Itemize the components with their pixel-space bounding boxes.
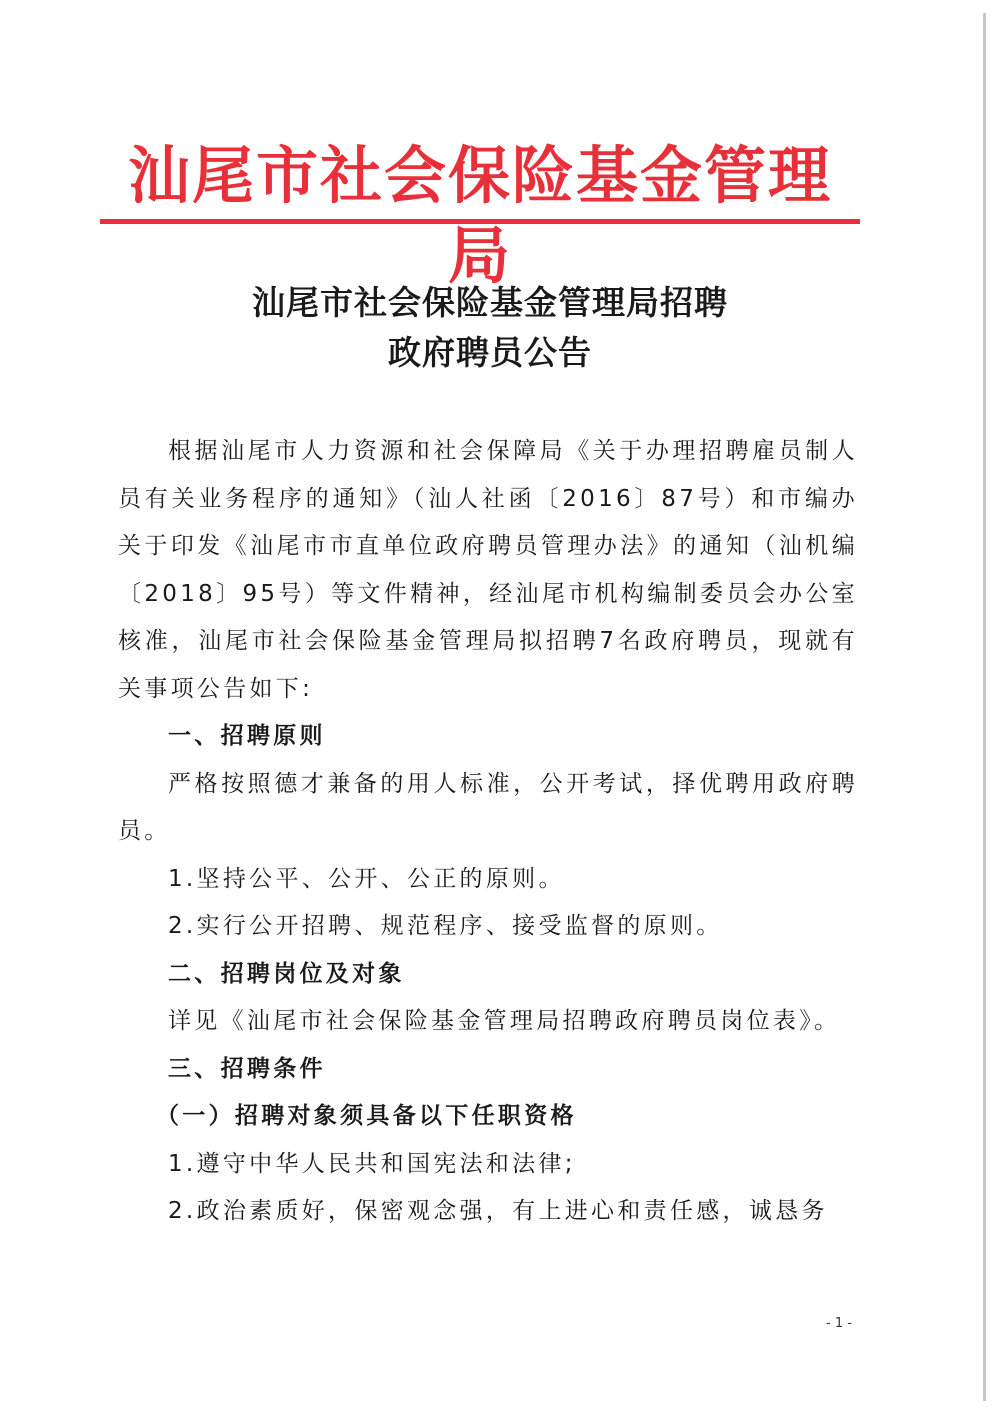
title-line-1: 汕尾市社会保险基金管理局招聘 [100,278,880,328]
section-heading-conditions: 三、招聘条件 [118,1046,858,1094]
section-heading-positions: 二、招聘岗位及对象 [118,951,858,999]
conditions-subheading: （一）招聘对象须具备以下任职资格 [118,1093,858,1141]
principle-item-1: 1.坚持公平、公开、公正的原则。 [118,856,858,904]
document-body: 根据汕尾市人力资源和社会保障局《关于办理招聘雇员制人员有关业务程序的通知》（汕人… [118,428,858,1236]
section-heading-principles: 一、招聘原则 [118,713,858,761]
letterhead-red-rule [100,219,860,224]
scan-page-edge [983,13,986,1401]
positions-paragraph: 详见《汕尾市社会保险基金管理局招聘政府聘员岗位表》。 [118,998,858,1046]
organization-letterhead: 汕尾市社会保险基金管理局 [100,136,860,296]
principles-paragraph: 严格按照德才兼备的用人标准，公开考试，择优聘用政府聘员。 [118,761,858,856]
intro-paragraph: 根据汕尾市人力资源和社会保障局《关于办理招聘雇员制人员有关业务程序的通知》（汕人… [118,428,858,713]
condition-item-2: 2.政治素质好，保密观念强，有上进心和责任感，诚恳务 [118,1188,858,1236]
title-line-2: 政府聘员公告 [100,328,880,378]
page-number: - 1 - [826,1316,852,1331]
principle-item-2: 2.实行公开招聘、规范程序、接受监督的原则。 [118,903,858,951]
condition-item-1: 1.遵守中华人民共和国宪法和法律; [118,1141,858,1189]
document-title: 汕尾市社会保险基金管理局招聘 政府聘员公告 [100,278,880,378]
